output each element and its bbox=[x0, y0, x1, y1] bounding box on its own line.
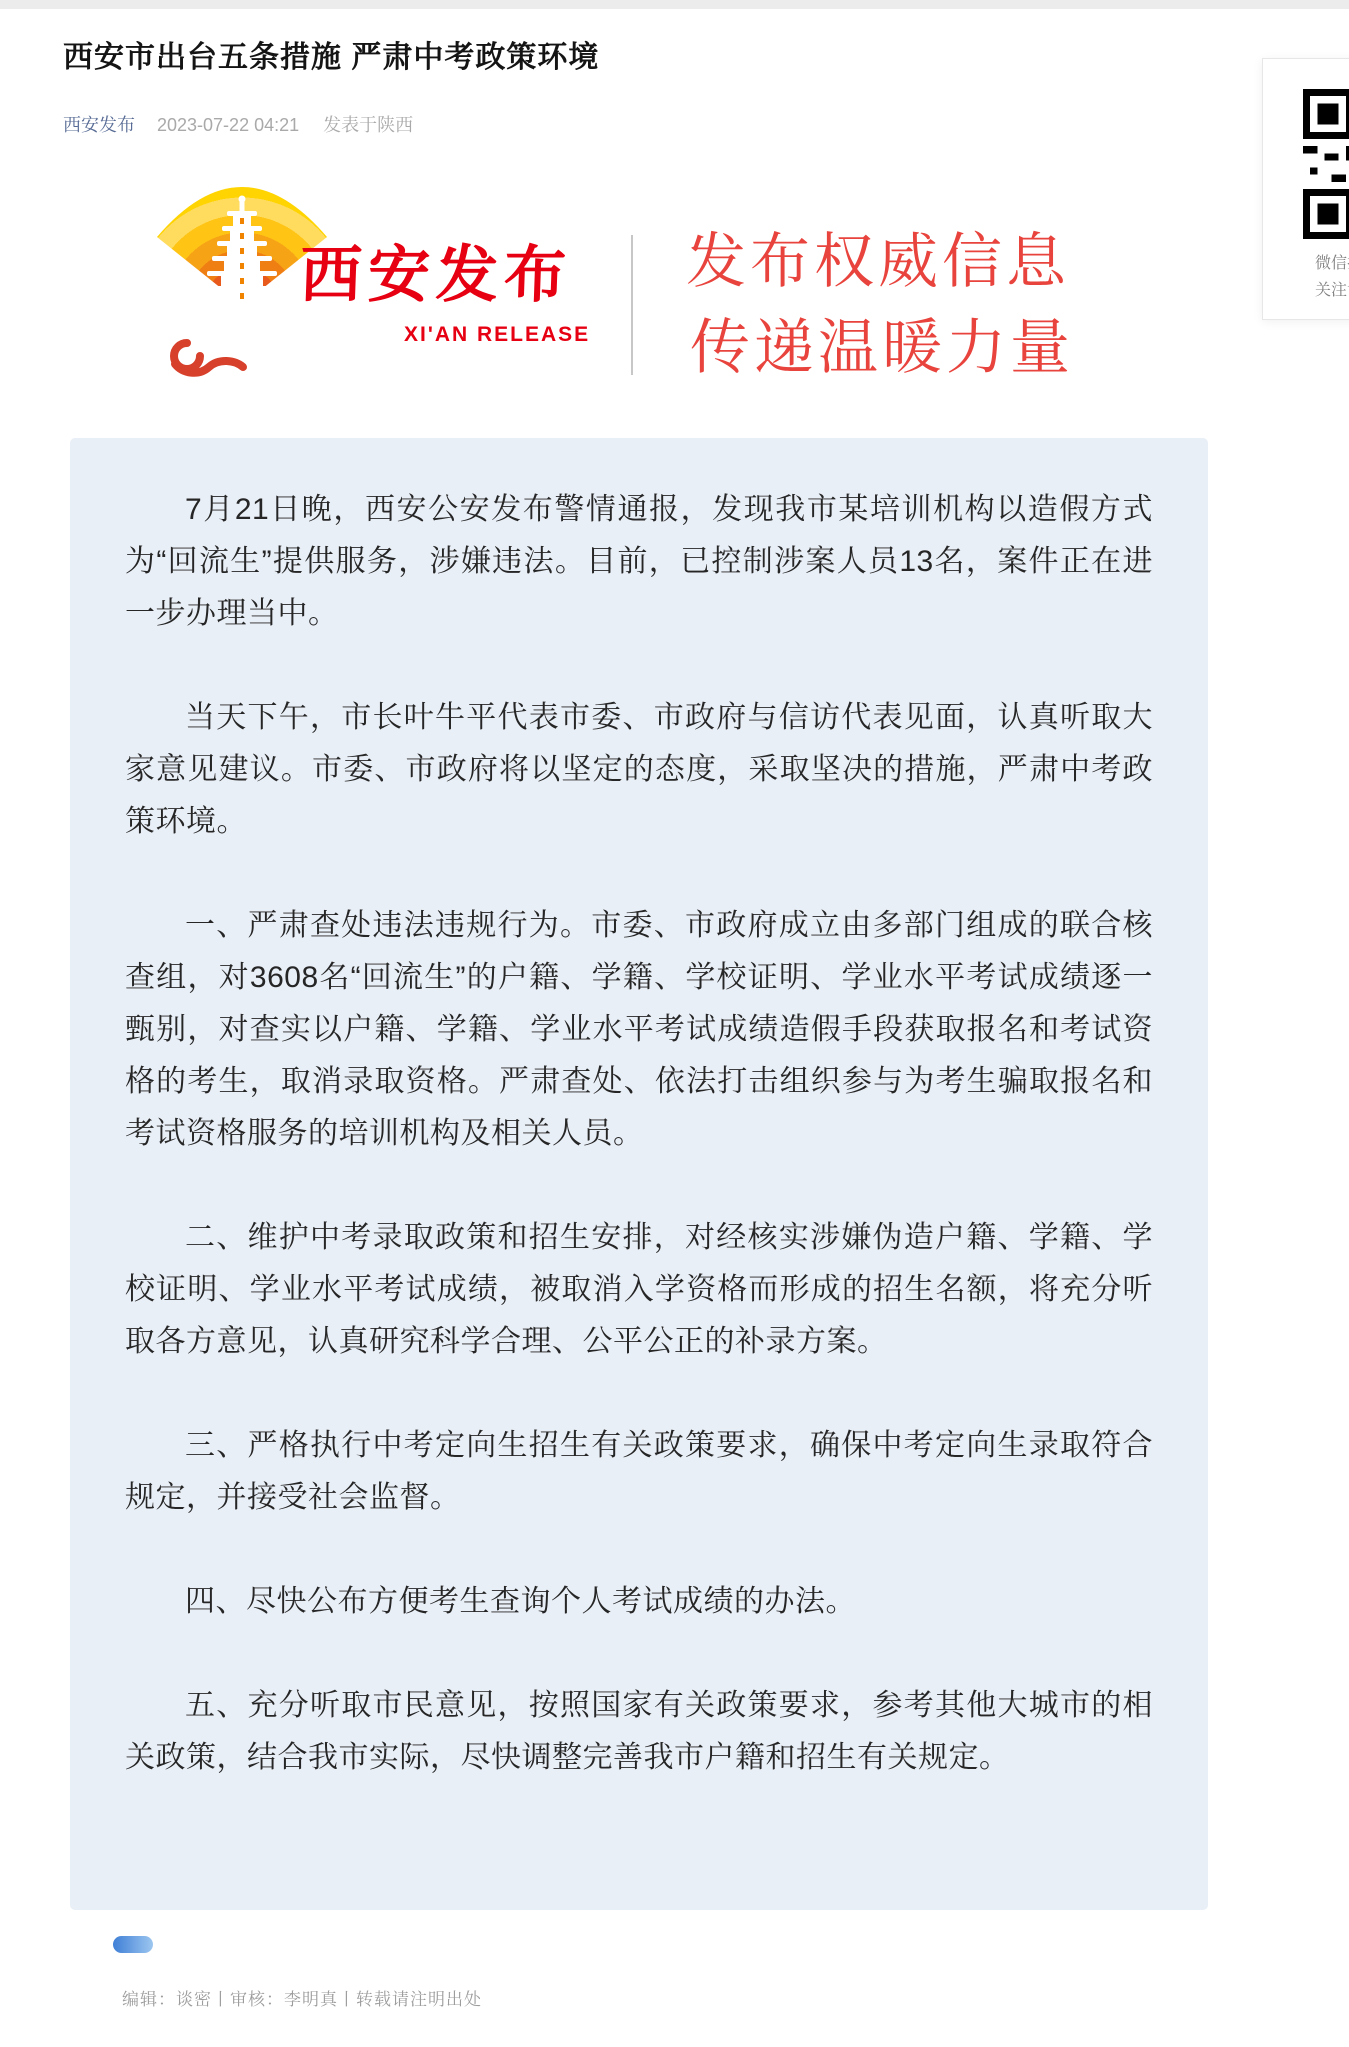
article-body: 7月21日晚，西安公安发布警情通报，发现我市某培训机构以造假方式为“回流生”提供… bbox=[125, 484, 1153, 1784]
brand-banner: 西安发布 XI'AN RELEASE 发布权威信息 传递温暖力量 bbox=[0, 165, 1210, 415]
article-paragraph: 7月21日晚，西安公安发布警情通报，发现我市某培训机构以造假方式为“回流生”提供… bbox=[125, 484, 1153, 640]
decorative-blue-dash bbox=[113, 1936, 153, 1953]
banner-slogan-line2: 传递温暖力量 bbox=[690, 313, 1074, 383]
publish-location: 发表于陕西 bbox=[323, 115, 413, 135]
brand-name-en: XI'AN RELEASE bbox=[404, 323, 590, 347]
top-divider bbox=[0, 0, 1349, 9]
publish-time: 2023-07-22 04:21 bbox=[157, 115, 299, 135]
editor-footer: 编辑：谈密丨审核：李明真丨转载请注明出处 bbox=[122, 1988, 482, 2012]
article-paragraph: 四、尽快公布方便考生查询个人考试成绩的办法。 bbox=[125, 1576, 1153, 1628]
banner-slogan-line1: 发布权威信息 bbox=[686, 227, 1070, 297]
qr-card-text-line1: 微信扫一扫 bbox=[1315, 251, 1349, 277]
qr-card-text-line2: 关注该公众号 bbox=[1315, 278, 1349, 304]
article-title: 西安市出台五条措施 严肃中考政策环境 bbox=[63, 36, 1163, 80]
article-paragraph: 一、严肃查处违法违规行为。市委、市政府成立由多部门组成的联合核查组，对3608名… bbox=[125, 900, 1153, 1160]
qr-follow-card[interactable]: 微信扫一扫 关注该公众号 bbox=[1262, 58, 1349, 320]
article-paragraph: 当天下午，市长叶牛平代表市委、市政府与信访代表见面，认真听取大家意见建议。市委、… bbox=[125, 692, 1153, 848]
article-page: 西安市出台五条措施 严肃中考政策环境 西安发布2023-07-22 04:21发… bbox=[0, 0, 1349, 2047]
byline: 西安发布2023-07-22 04:21发表于陕西 bbox=[63, 112, 413, 138]
article-paragraph: 五、充分听取市民意见，按照国家有关政策要求，参考其他大城市的相关政策，结合我市实… bbox=[125, 1680, 1153, 1784]
article-content-box: 7月21日晚，西安公安发布警情通报，发现我市某培训机构以造假方式为“回流生”提供… bbox=[70, 438, 1208, 1910]
article-paragraph: 二、维护中考录取政策和招生安排，对经核实涉嫌伪造户籍、学籍、学校证明、学业水平考… bbox=[125, 1212, 1153, 1368]
banner-divider bbox=[631, 235, 633, 375]
cloud-swirl bbox=[174, 343, 243, 373]
brand-name-cn: 西安发布 bbox=[299, 243, 573, 309]
author-link[interactable]: 西安发布 bbox=[63, 115, 135, 135]
article-paragraph: 三、严格执行中考定向生招生有关政策要求，确保中考定向生录取符合规定，并接受社会监… bbox=[125, 1420, 1153, 1524]
qr-code bbox=[1303, 89, 1349, 239]
